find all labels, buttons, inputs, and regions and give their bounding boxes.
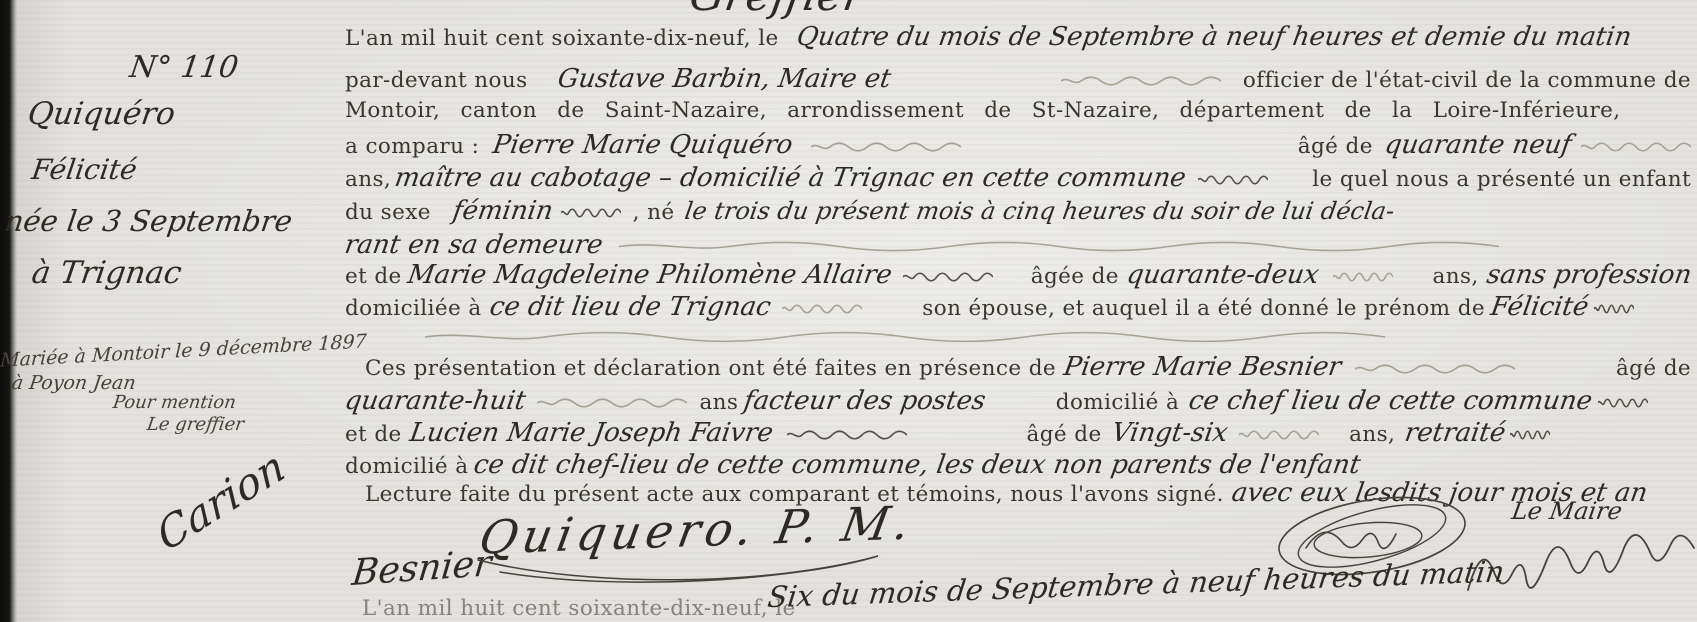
flourish-squiggle xyxy=(1355,363,1515,375)
flourish-squiggle xyxy=(1594,303,1634,315)
act-line-witness2: et de Lucien Marie Joseph Faivre âgé de … xyxy=(345,418,1691,448)
book-binding-edge xyxy=(0,0,17,622)
declaring-residence-hand: rant en sa demeure xyxy=(343,230,605,260)
flourish-squiggle xyxy=(1239,429,1319,441)
commune-printed: Montoir, canton de Saint-Nazaire, arrond… xyxy=(345,98,1620,123)
witness2-aged-printed: âgé de xyxy=(1027,422,1102,447)
act-line-commune: Montoir, canton de Saint-Nazaire, arrond… xyxy=(345,98,1691,123)
act-line-mother-residence: domiciliée à ce dit lieu de Trignac son … xyxy=(345,292,1691,322)
act-line-closing: Lecture faite du présent acte aux compar… xyxy=(345,478,1691,508)
witness1-profession-hand: facteur des postes xyxy=(742,386,988,416)
domiciled-printed: domiciliée à xyxy=(345,296,482,321)
flourish-squiggle xyxy=(1333,271,1393,283)
margin-child-given-name: Félicité xyxy=(30,153,139,186)
declarant-profession-hand: maître au cabotage – domicilié à Trignac… xyxy=(393,163,1188,193)
flourish-squiggle xyxy=(787,429,907,441)
opening-printed: L'an mil huit cent soixante-dix-neuf, le xyxy=(345,26,779,51)
act-line-witness1: quarante-huit ans facteur des postes dom… xyxy=(345,386,1691,416)
child-sex-hand: féminin xyxy=(450,196,555,226)
witness2-name-hand: Lucien Marie Joseph Faivre xyxy=(407,418,775,448)
margin-birth-date: née le 3 Septembre xyxy=(3,204,295,238)
mention-note: Pour mention xyxy=(112,392,238,413)
witness1-age-hand: quarante-huit xyxy=(343,386,528,416)
witness1-years-printed: ans xyxy=(699,390,738,415)
flourish-squiggle xyxy=(811,141,961,153)
born-printed: , né xyxy=(633,200,675,225)
witness1-residence-hand: ce chef lieu de cette commune xyxy=(1187,386,1595,416)
presented-child-printed: le quel nous a présenté un enfant xyxy=(1312,167,1691,192)
witness1-name-hand: Pierre Marie Besnier xyxy=(1062,352,1344,382)
witness2-profession-hand: retraité xyxy=(1403,418,1508,448)
next-act-printed-fragment: L'an mil huit cent soixante-dix-neuf, le xyxy=(362,596,796,621)
margin-child-surname: Quiquéro xyxy=(25,96,177,132)
years-printed: ans, xyxy=(345,167,391,192)
flourish-squiggle xyxy=(561,207,621,219)
mother-age-hand: quarante-deux xyxy=(1125,260,1321,290)
flourish-squiggle xyxy=(1510,429,1550,441)
witness1-aged-printed: âgé de xyxy=(1616,356,1691,381)
officer-printed: officier de l'état-civil de la commune d… xyxy=(1243,68,1691,93)
presence-printed: Ces présentation et déclaration ont été … xyxy=(365,356,1056,381)
witness2-residence-hand: ce dit chef-lieu de cette commune, les d… xyxy=(472,450,1363,480)
act-line-residence-decl: rant en sa demeure xyxy=(345,230,1691,260)
act-line-sex-birth: du sexe féminin , né le trois du présent… xyxy=(345,196,1691,226)
margin-birth-place: à Trignac xyxy=(29,255,183,291)
flourish-squiggle xyxy=(782,303,862,315)
divider-squiggle xyxy=(425,330,1385,344)
birth-datetime-hand: le trois du présent mois à cinq heures d… xyxy=(682,197,1396,225)
witness2-and-of-printed: et de xyxy=(345,422,402,447)
mayor-title: Le Maire xyxy=(1510,497,1624,525)
child-firstname-hand: Félicité xyxy=(1489,292,1591,322)
aged-printed: âgé de xyxy=(1298,134,1373,159)
mother-years-printed: ans, xyxy=(1433,264,1479,289)
registry-page-scan: Greffier N° 110 Quiquéro Félicité née le… xyxy=(0,0,1697,622)
mayor-name-hand: Gustave Barbin, Maire et xyxy=(555,64,893,94)
flourish-squiggle xyxy=(619,240,1499,253)
act-line-mother: et de Marie Magdeleine Philomène Allaire… xyxy=(345,260,1691,290)
flourish-squiggle xyxy=(903,271,993,283)
mother-name-hand: Marie Magdeleine Philomène Allaire xyxy=(405,260,893,290)
marriage-annotation-line1: Mariée à Montoir le 9 décembre 1897 xyxy=(0,330,367,371)
act-line-opening: L'an mil huit cent soixante-dix-neuf, le… xyxy=(345,22,1691,52)
date-time-hand: Quatre du mois de Septembre à neuf heure… xyxy=(794,22,1633,52)
act-line-witness2-residence: domicilié à ce dit chef-lieu de cette co… xyxy=(345,450,1691,480)
act-number: N° 110 xyxy=(128,50,241,85)
and-of-printed: et de xyxy=(345,264,402,289)
flourish-squiggle xyxy=(1598,397,1648,409)
clerk-signature: Carion xyxy=(150,440,291,561)
declarant-age-hand: quarante neuf xyxy=(1382,130,1573,160)
mother-profession-hand: sans profession xyxy=(1484,260,1693,290)
flourish-squiggle xyxy=(537,397,687,409)
act-line-witnesses-intro: Ces présentation et déclaration ont été … xyxy=(345,352,1691,382)
flourish-squiggle xyxy=(1198,174,1268,186)
declarant-name-hand: Pierre Marie Quiquéro xyxy=(491,130,795,160)
previous-entry-fragment: Greffier xyxy=(686,0,869,21)
flourish-squiggle xyxy=(1061,75,1221,87)
before-us-printed: par-devant nous xyxy=(345,68,528,93)
sex-printed: du sexe xyxy=(345,200,431,225)
mother-residence-hand: ce dit lieu de Trignac xyxy=(487,292,773,322)
witness1-domiciled-printed: domicilié à xyxy=(1056,390,1179,415)
marriage-annotation-line2: à Poyon Jean xyxy=(10,372,137,394)
witness2-age-hand: Vingt-six xyxy=(1109,418,1229,448)
witness2-years-printed: ans, xyxy=(1349,422,1395,447)
mother-aged-printed: âgée de xyxy=(1031,264,1119,289)
flourish-squiggle xyxy=(1581,141,1691,153)
spouse-firstname-printed: son épouse, et auquel il a été donné le … xyxy=(922,296,1485,321)
appeared-printed: a comparu : xyxy=(345,134,479,159)
act-line-declarant: a comparu : Pierre Marie Quiquéro âgé de… xyxy=(345,130,1691,160)
clerk-title: Le greffier xyxy=(146,414,246,435)
act-line-officer: par-devant nous Gustave Barbin, Maire et… xyxy=(345,64,1691,94)
witness2-domiciled-printed: domicilié à xyxy=(345,454,468,479)
act-line-profession: ans, maître au cabotage – domicilié à Tr… xyxy=(345,163,1691,193)
